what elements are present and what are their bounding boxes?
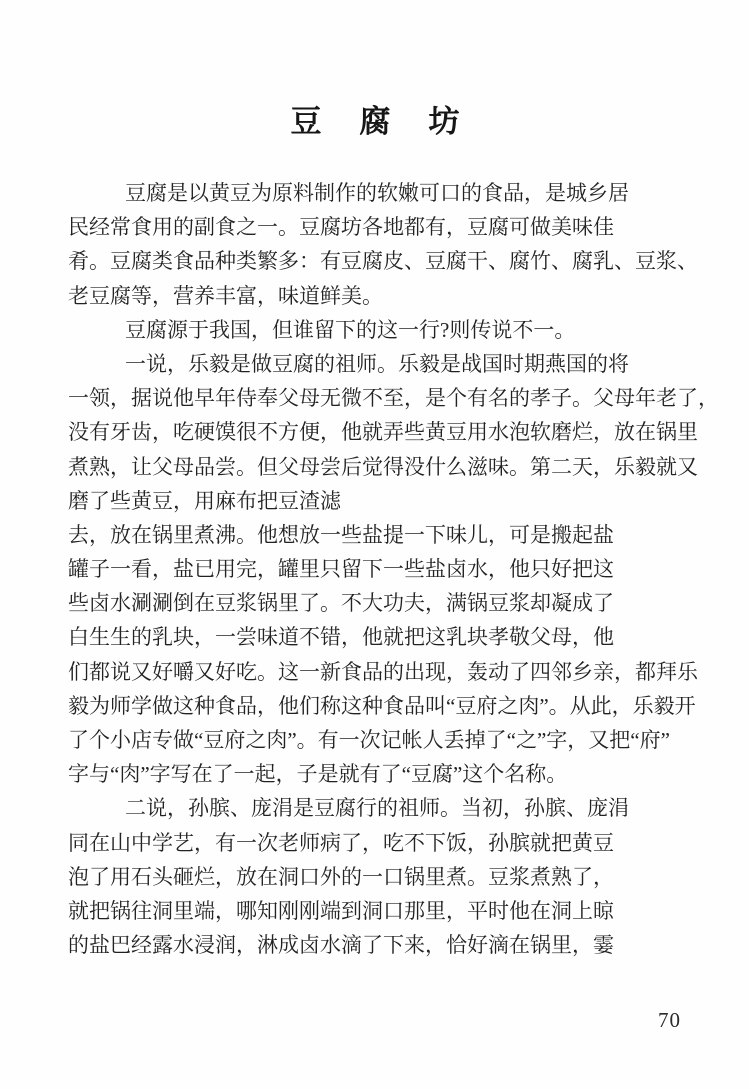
- body-text: 豆腐是以黄豆为原料制作的软嫩可口的食品，是城乡居民经常食用的副食之一。豆腐坊各地…: [68, 176, 728, 962]
- text-line: 字与“肉”字写在了一起，子是就有了“豆腐”这个名称。: [68, 757, 728, 791]
- text-line: 毅为师学做这种食品，他们称这种食品叫“豆府之肉”。从此，乐毅开: [68, 689, 728, 723]
- text-line: 就把锅往洞里端，哪知刚刚端到洞口那里，平时他在洞上晾: [68, 894, 728, 928]
- text-line: 煮熟，让父母品尝。但父母尝后觉得没什么滋味。第二天，乐毅就又: [68, 450, 728, 484]
- page-title: 豆腐坊: [0, 96, 750, 141]
- scanned-book-page: 豆腐坊 豆腐是以黄豆为原料制作的软嫩可口的食品，是城乡居民经常食用的副食之一。豆…: [0, 0, 750, 1090]
- page-number: 70: [658, 1008, 681, 1033]
- text-line: 民经常食用的副食之一。豆腐坊各地都有，豆腐可做美味佳: [68, 210, 728, 244]
- text-line: 二说，孙膑、庞涓是豆腐行的祖师。当初，孙膑、庞涓: [68, 791, 728, 825]
- text-line: 白生生的乳块，一尝味道不错，他就把这乳块孝敬父母，他: [68, 620, 728, 654]
- text-line: 泡了用石头砸烂，放在洞口外的一口锅里煮。豆浆煮熟了，: [68, 860, 728, 894]
- text-line: 的盐巴经露水浸润，淋成卤水滴了下来，恰好滴在锅里，霎: [68, 928, 728, 962]
- text-line: 了个小店专做“豆府之肉”。有一次记帐人丢掉了“之”字，又把“府”: [68, 723, 728, 757]
- text-line: 去，放在锅里煮沸。他想放一些盐提一下味儿，可是搬起盐: [68, 518, 728, 552]
- text-line: 老豆腐等，营养丰富，味道鲜美。: [68, 279, 728, 313]
- text-line: 一说，乐毅是做豆腐的祖师。乐毅是战国时期燕国的将: [68, 347, 728, 381]
- text-line: 同在山中学艺，有一次老师病了，吃不下饭，孙膑就把黄豆: [68, 826, 728, 860]
- text-line: 豆腐源于我国，但谁留下的这一行?则传说不一。: [68, 313, 728, 347]
- text-line: 没有牙齿，吃硬馍很不方便，他就弄些黄豆用水泡软磨烂，放在锅里: [68, 415, 728, 449]
- text-line: 一领，据说他早年侍奉父母无微不至，是个有名的孝子。父母年老了，: [68, 381, 728, 415]
- text-line: 们都说又好嚼又好吃。这一新食品的出现，轰动了四邻乡亲，都拜乐: [68, 655, 728, 689]
- text-line: 罐子一看，盐已用完，罐里只留下一些盐卤水，他只好把这: [68, 552, 728, 586]
- text-line: 豆腐是以黄豆为原料制作的软嫩可口的食品，是城乡居: [68, 176, 728, 210]
- text-line: 肴。豆腐类食品种类繁多：有豆腐皮、豆腐干、腐竹、腐乳、豆浆、: [68, 244, 728, 278]
- text-line: 磨了些黄豆，用麻布把豆渣滤: [68, 484, 728, 518]
- text-line: 些卤水涮涮倒在豆浆锅里了。不大功夫，满锅豆浆却凝成了: [68, 586, 728, 620]
